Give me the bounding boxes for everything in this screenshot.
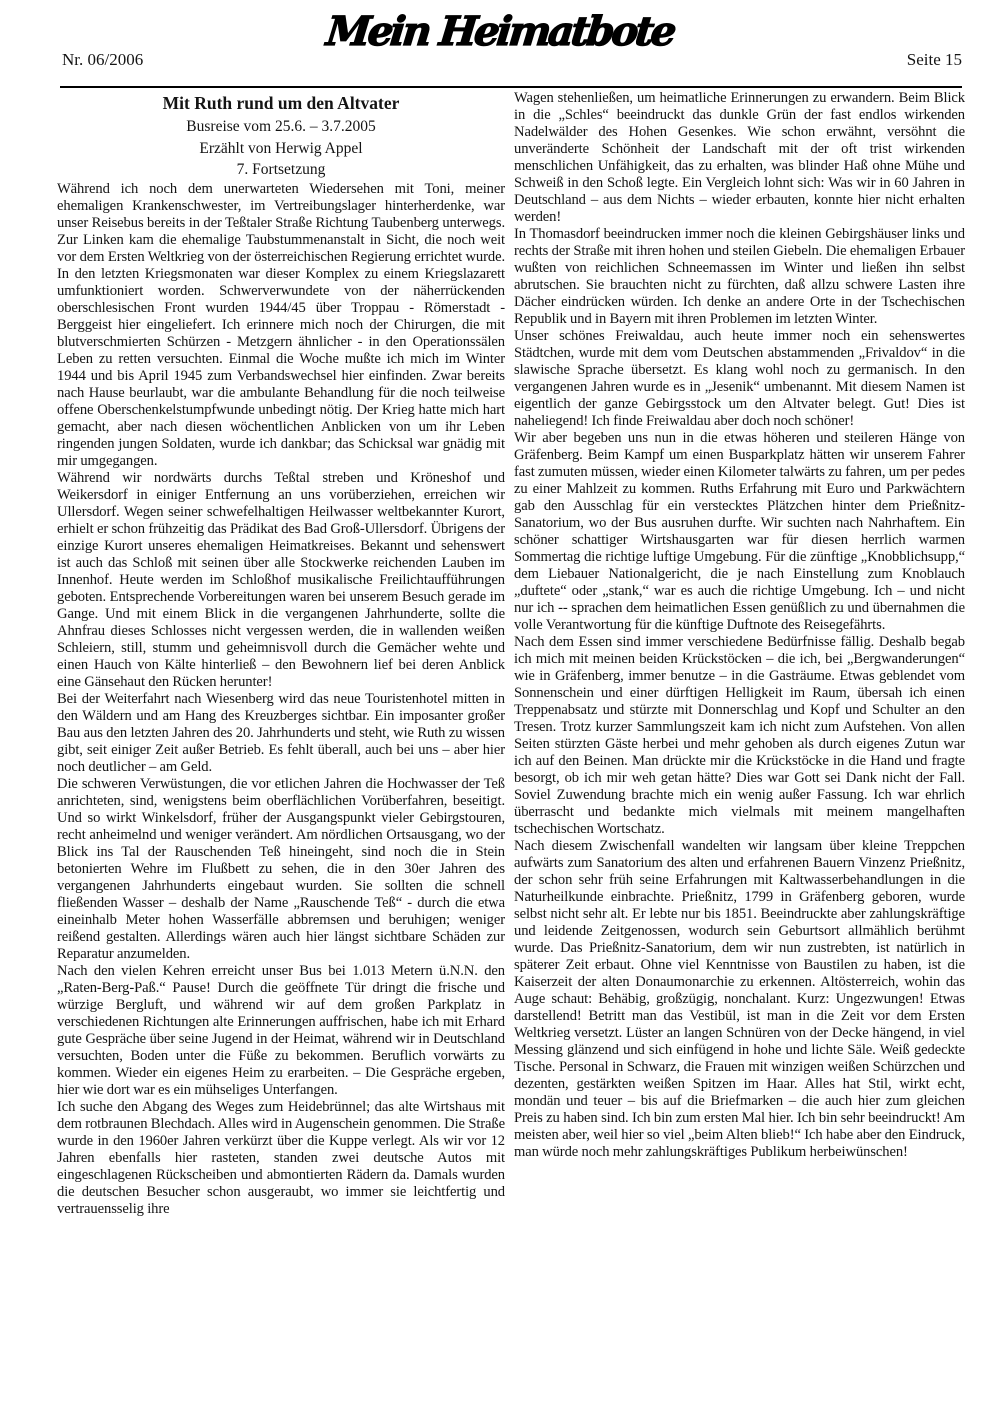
article-subtitle-date: Busreise vom 25.6. – 3.7.2005 (57, 116, 505, 138)
article-paragraph: Während ich noch dem unerwarteten Wieder… (57, 181, 505, 470)
page-number: Seite 15 (907, 50, 962, 70)
masthead-title: Mein Heimatbote (0, 12, 1000, 52)
right-column: Wagen stehenließen, um heimatliche Erinn… (514, 90, 965, 1161)
left-column: Mit Ruth rund um den Altvater Busreise v… (57, 90, 505, 1218)
article-paragraph: Die schweren Verwüstungen, die vor etlic… (57, 776, 505, 963)
article-title: Mit Ruth rund um den Altvater (57, 92, 505, 114)
article-paragraph: Während wir nordwärts durchs Teßtal stre… (57, 470, 505, 691)
article-paragraph: Wir aber begeben uns nun in die etwas hö… (514, 430, 965, 634)
article-body: Mit Ruth rund um den Altvater Busreise v… (57, 90, 965, 1218)
article-paragraph: Nach dem Essen sind immer verschiedene B… (514, 634, 965, 838)
page-header: Nr. 06/2006 Mein Heimatbote Seite 15 (0, 0, 1000, 88)
article-paragraph: Nach diesem Zwischenfall wandelten wir l… (514, 838, 965, 1161)
article-paragraph: Bei der Weiterfahrt nach Wiesenberg wird… (57, 691, 505, 776)
article-paragraph: Nach den vielen Kehren erreicht unser Bu… (57, 963, 505, 1099)
article-paragraph: Wagen stehenließen, um heimatliche Erinn… (514, 90, 965, 226)
article-paragraph: In Thomasdorf beeindrucken immer noch di… (514, 226, 965, 328)
article-subtitle-part: 7. Fortsetzung (57, 159, 505, 181)
article-paragraph: Unser schönes Freiwaldau, auch heute imm… (514, 328, 965, 430)
header-divider (60, 86, 962, 88)
article-paragraph: Ich suche den Abgang des Weges zum Heide… (57, 1099, 505, 1218)
article-subtitle-author: Erzählt von Herwig Appel (57, 138, 505, 160)
issue-number: Nr. 06/2006 (62, 50, 143, 70)
